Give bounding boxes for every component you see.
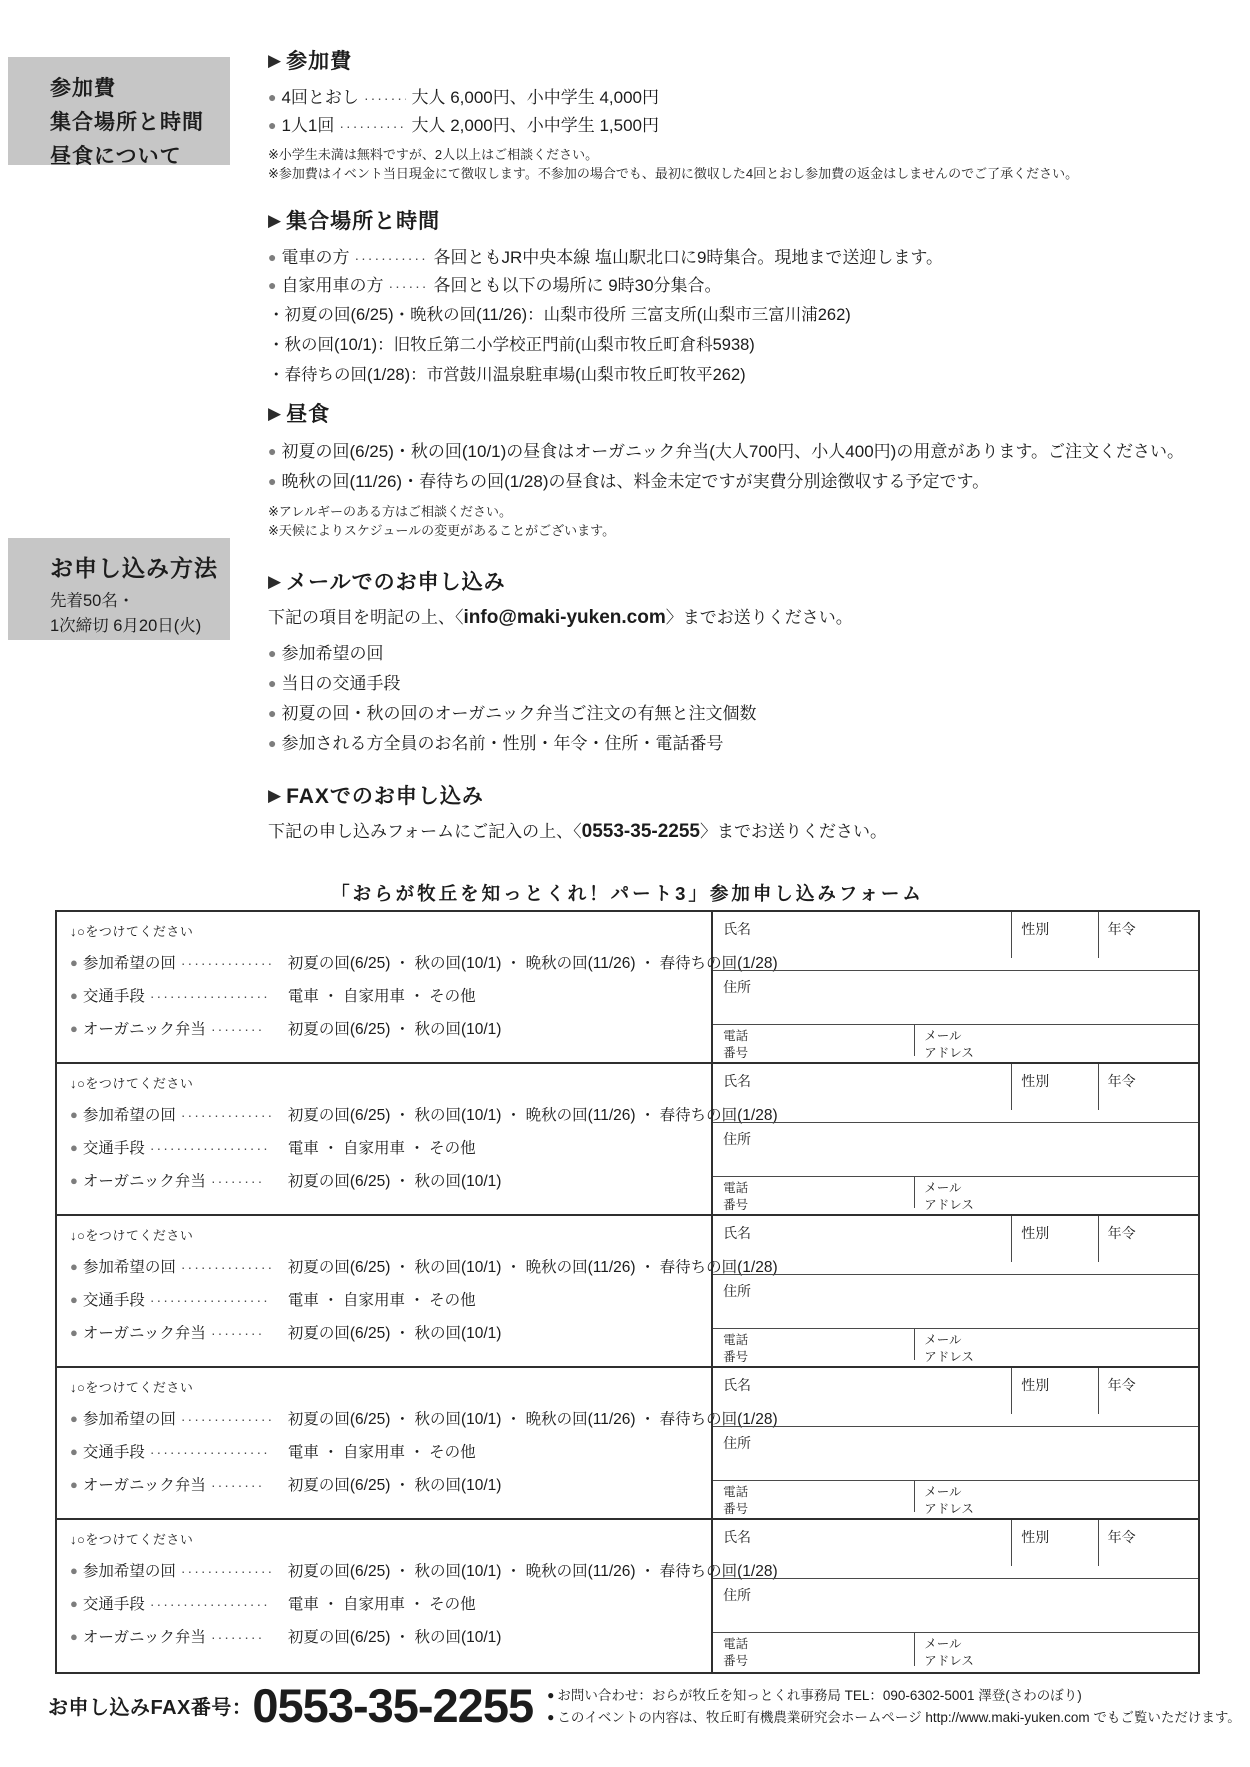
sex-field[interactable]: 性別 [1011,912,1097,970]
bullet-icon: ● [70,1292,78,1307]
wishes-options: 初夏の回(6/25) ・ 秋の回(10/1) ・ 晩秋の回(11/26) ・ 春… [288,1103,778,1125]
transport-options: 電車 ・ 自家用車 ・ その他 [288,1288,476,1310]
mail-field[interactable]: メールアドレス [914,1025,1198,1062]
form-left-cell: ↓○をつけてください ● 参加希望の回·············· 初夏の回(6… [57,1064,713,1214]
form-left-cell: ↓○をつけてください ● 参加希望の回·············· 初夏の回(6… [57,1368,713,1518]
mail-item-2: ● 当日の交通手段 [268,669,1208,699]
lunch-item-1: ● 初夏の回(6/25)・秋の回(10/1)の昼食はオーガニック弁当(大人700… [268,437,1208,467]
bullet-icon: ● [70,1629,78,1644]
age-field[interactable]: 年令 [1098,1216,1198,1274]
footer-fax-label: お申し込みFAX番号： [48,1691,252,1720]
transport-label: 交通手段 [83,1592,145,1614]
bullet-icon: ● [70,955,78,970]
leader-dots: ·············· [181,1411,283,1427]
mark-instruction: ↓○をつけてください [70,1073,705,1092]
mail-label-top: メール [924,1029,961,1043]
form-row-transport: ● 交通手段·················· 電車 ・ 自家用車 ・ その他 [70,1136,705,1158]
form-row-bento: ● オーガニック弁当········ 初夏の回(6/25) ・ 秋の回(10/1… [70,1321,705,1343]
footer-fax-number: 0553-35-2255 [252,1682,533,1729]
mail-field[interactable]: メールアドレス [914,1633,1198,1672]
fee-heading: ▶ 参加費 [268,45,1208,75]
meeting-location-1: ・初夏の回(6/25)・晩秋の回(11/26)：山梨市役所 三富支所(山梨市三富… [268,300,1208,330]
form-left-cell: ↓○をつけてください ● 参加希望の回·············· 初夏の回(6… [57,1216,713,1366]
meeting-item-1-label: 電車の方 [281,244,349,272]
fee-item-2-label: 1人1回 [281,112,334,140]
leader-dots: ·············· [181,1259,283,1275]
footer-contact-line: ● お問い合わせ：おらが牧丘を知っとくれ事務局 TEL：090-6302-500… [547,1685,1241,1707]
lunch-heading: ▶ 昼食 [268,398,1208,428]
triangle-icon: ▶ [268,405,281,422]
phone-field[interactable]: 電話番号 [713,1329,914,1366]
mail-item-1: ● 参加希望の回 [268,639,1208,669]
mail-label-top: メール [924,1637,961,1651]
name-field[interactable]: 氏名 [713,912,1011,970]
fax-intro-before: 下記の申し込みフォームにご記入の上、〈 [268,822,582,841]
bullet-icon: ● [70,1259,78,1274]
bullet-icon: ● [268,243,276,271]
mail-label-bottom: アドレス [924,1350,974,1364]
apply-method-title: お申し込み方法 [50,550,220,583]
transport-options: 電車 ・ 自家用車 ・ その他 [288,1440,476,1462]
form-block-3: ↓○をつけてください ● 参加希望の回·············· 初夏の回(6… [57,1216,1198,1368]
phone-label-bottom: 番号 [723,1502,748,1516]
leader-dots: ·············· [181,1107,283,1123]
fax-apply-heading-text: FAXでのお申し込み [286,780,484,810]
email-address: info@maki-yuken.com [464,607,666,628]
leader-dots: ·················· [150,1140,283,1156]
form-right-cell: 氏名 性別 年令 住所 電話番号 メールアドレス [713,1064,1198,1214]
form-row-bento: ● オーガニック弁当········ 初夏の回(6/25) ・ 秋の回(10/1… [70,1017,705,1039]
mail-label-bottom: アドレス [924,1654,974,1668]
bullet-icon: ● [268,729,276,758]
bullet-icon: ● [70,1477,78,1492]
sex-field[interactable]: 性別 [1011,1520,1097,1578]
wishes-label: 参加希望の回 [83,1103,176,1125]
form-right-cell: 氏名 性別 年令 住所 電話番号 メールアドレス [713,1520,1198,1672]
form-row-bento: ● オーガニック弁当········ 初夏の回(6/25) ・ 秋の回(10/1… [70,1625,705,1647]
age-field[interactable]: 年令 [1098,1520,1198,1578]
mark-instruction: ↓○をつけてください [70,1377,705,1396]
bullet-icon: ● [547,1684,554,1706]
fax-number-inline: 0553-35-2255 [582,821,700,842]
form-row-wishes: ● 参加希望の回·············· 初夏の回(6/25) ・ 秋の回(… [70,1255,705,1277]
bento-label: オーガニック弁当 [83,1321,206,1343]
mail-label-bottom: アドレス [924,1046,974,1060]
bento-label: オーガニック弁当 [83,1169,206,1191]
footer-website-line: ● このイベントの内容は、牧丘町有機農業研究会ホームページ http://www… [547,1707,1241,1729]
section-fax-apply: ▶ FAXでのお申し込み 下記の申し込みフォームにご記入の上、〈0553-35-… [268,780,1208,853]
bento-options: 初夏の回(6/25) ・ 秋の回(10/1) [288,1017,502,1039]
phone-label-top: 電話 [723,1181,748,1195]
mail-item-3-text: 初夏の回・秋の回のオーガニック弁当ご注文の有無と注文個数 [281,699,756,728]
mail-label-bottom: アドレス [924,1502,974,1516]
mark-instruction: ↓○をつけてください [70,921,705,940]
fax-apply-heading: ▶ FAXでのお申し込み [268,780,1208,810]
mail-field[interactable]: メールアドレス [914,1177,1198,1214]
wishes-label: 参加希望の回 [83,1407,176,1429]
leader-dots: ····················· [364,84,407,112]
triangle-icon: ▶ [268,212,281,229]
lunch-note-2: ※天候によりスケジュールの変更があることがございます。 [268,521,1208,540]
leader-dots: ·················· [150,1444,283,1460]
mark-instruction: ↓○をつけてください [70,1529,705,1548]
age-field[interactable]: 年令 [1098,1064,1198,1122]
form-right-cell: 氏名 性別 年令 住所 電話番号 メールアドレス [713,1368,1198,1518]
leader-dots: ·············· [181,1563,283,1579]
bento-options: 初夏の回(6/25) ・ 秋の回(10/1) [288,1321,502,1343]
mail-item-2-text: 当日の交通手段 [281,669,400,698]
meeting-location-2: ・秋の回(10/1)：旧牧丘第二小学校正門前(山梨市牧丘町倉科5938) [268,330,1208,360]
bullet-icon: ● [547,1706,554,1728]
mail-item-3: ● 初夏の回・秋の回のオーガニック弁当ご注文の有無と注文個数 [268,699,1208,729]
sex-field[interactable]: 性別 [1011,1368,1097,1426]
form-row-wishes: ● 参加希望の回·············· 初夏の回(6/25) ・ 秋の回(… [70,1103,705,1125]
form-row-bento: ● オーガニック弁当········ 初夏の回(6/25) ・ 秋の回(10/1… [70,1473,705,1495]
lunch-note-1: ※アレルギーのある方はご相談ください。 [268,502,1208,521]
fee-item-1-value: 大人 6,000円、小中学生 4,000円 [411,84,659,112]
leader-dots: ·················· [150,1292,283,1308]
section-fee: ▶ 参加費 ● 4回とおし ····················· 大人 6… [268,45,1208,183]
phone-label-top: 電話 [723,1333,748,1347]
mail-field[interactable]: メールアドレス [914,1329,1198,1366]
triangle-icon: ▶ [268,573,281,590]
apply-capacity: 先着50名・ [50,589,220,614]
application-form-table: ↓○をつけてください ● 参加希望の回·············· 初夏の回(6… [55,910,1200,1674]
form-block-4: ↓○をつけてください ● 参加希望の回·············· 初夏の回(6… [57,1368,1198,1520]
sex-field[interactable]: 性別 [1011,1216,1097,1274]
fee-item-1-label: 4回とおし [281,84,358,112]
phone-label-bottom: 番号 [723,1654,748,1668]
bullet-icon: ● [268,437,276,466]
section-lunch: ▶ 昼食 ● 初夏の回(6/25)・秋の回(10/1)の昼食はオーガニック弁当(… [268,398,1208,540]
bullet-icon: ● [268,271,276,299]
bullet-icon: ● [70,1596,78,1611]
mark-instruction: ↓○をつけてください [70,1225,705,1244]
leader-dots: ········ [211,1021,283,1037]
form-right-cell: 氏名 性別 年令 住所 電話番号 メールアドレス [713,1216,1198,1366]
leader-dots: ····················· [354,244,428,272]
transport-options: 電車 ・ 自家用車 ・ その他 [288,984,476,1006]
bullet-icon: ● [268,669,276,698]
fax-intro-after: 〉までお送りください。 [700,822,887,841]
leader-dots: ········ [211,1325,283,1341]
phone-label-bottom: 番号 [723,1046,748,1060]
bullet-icon: ● [70,1325,78,1340]
wishes-label: 参加希望の回 [83,1559,176,1581]
footer-website-text: このイベントの内容は、牧丘町有機農業研究会ホームページ http://www.m… [557,1707,1240,1729]
transport-label: 交通手段 [83,1288,145,1310]
mail-label-top: メール [924,1485,961,1499]
bento-label: オーガニック弁当 [83,1625,206,1647]
meeting-item-1: ● 電車の方 ····················· 各回ともJR中央本線 … [268,244,1208,272]
meeting-item-2-value: 各回とも以下の場所に 9時30分集合。 [433,272,721,300]
leader-dots: ····················· [339,112,406,140]
meeting-heading-text: 集合場所と時間 [286,205,440,235]
triangle-icon: ▶ [268,787,281,804]
bullet-icon: ● [70,1173,78,1188]
name-field[interactable]: 氏名 [713,1368,1011,1426]
leader-dots: ·················· [150,1596,283,1612]
phone-label-bottom: 番号 [723,1350,748,1364]
leader-dots: ·················· [150,988,283,1004]
bullet-icon: ● [268,639,276,668]
bullet-icon: ● [70,1021,78,1036]
phone-label-top: 電話 [723,1637,748,1651]
bento-options: 初夏の回(6/25) ・ 秋の回(10/1) [288,1625,502,1647]
fax-apply-intro: 下記の申し込みフォームにご記入の上、〈0553-35-2255〉までお送りくださ… [268,819,1208,845]
fee-note-1: ※小学生未満は無料ですが、2人以上はご相談ください。 [268,145,1208,164]
bullet-icon: ● [70,1444,78,1459]
form-row-transport: ● 交通手段·················· 電車 ・ 自家用車 ・ その他 [70,1440,705,1462]
bullet-icon: ● [70,1411,78,1426]
leader-dots: ·············· [181,955,283,971]
mail-apply-intro: 下記の項目を明記の上、〈info@maki-yuken.com〉までお送りくださ… [268,605,1208,631]
lunch-item-1-text: 初夏の回(6/25)・秋の回(10/1)の昼食はオーガニック弁当(大人700円、… [281,437,1184,466]
bullet-icon: ● [268,467,276,496]
wishes-options: 初夏の回(6/25) ・ 秋の回(10/1) ・ 晩秋の回(11/26) ・ 春… [288,1407,778,1429]
fee-heading-text: 参加費 [286,45,352,75]
meeting-item-2: ● 自家用車の方 ····················· 各回とも以下の場所… [268,272,1208,300]
topics-line-2: 集合場所と時間 [50,106,220,140]
bento-options: 初夏の回(6/25) ・ 秋の回(10/1) [288,1169,502,1191]
footer: お申し込みFAX番号： 0553-35-2255 ● お問い合わせ：おらが牧丘を… [48,1682,1218,1729]
bullet-icon: ● [268,699,276,728]
form-block-2: ↓○をつけてください ● 参加希望の回·············· 初夏の回(6… [57,1064,1198,1216]
wishes-options: 初夏の回(6/25) ・ 秋の回(10/1) ・ 晩秋の回(11/26) ・ 春… [288,1255,778,1277]
bento-label: オーガニック弁当 [83,1017,206,1039]
transport-label: 交通手段 [83,1136,145,1158]
meeting-item-2-label: 自家用車の方 [281,272,383,300]
fee-item-2: ● 1人1回 ····················· 大人 2,000円、小… [268,112,1208,140]
topics-box: 参加費 集合場所と時間 昼食について [8,57,230,165]
address-field[interactable]: 住所 [713,1578,1198,1632]
lunch-heading-text: 昼食 [286,398,330,428]
mail-label-top: メール [924,1181,961,1195]
mail-apply-heading: ▶ メールでのお申し込み [268,566,1208,596]
apply-deadline: 1次締切 6月20日(火) [50,614,220,639]
form-block-5: ↓○をつけてください ● 参加希望の回·············· 初夏の回(6… [57,1520,1198,1672]
topics-line-1: 参加費 [50,72,220,106]
age-field[interactable]: 年令 [1098,1368,1198,1426]
mail-item-4-text: 参加される方全員のお名前・性別・年令・住所・電話番号 [281,729,723,758]
section-meeting: ▶ 集合場所と時間 ● 電車の方 ····················· 各… [268,205,1208,390]
address-field[interactable]: 住所 [713,1122,1198,1176]
transport-label: 交通手段 [83,1440,145,1462]
lunch-item-2-text: 晩秋の回(11/26)・春待ちの回(1/28)の昼食は、料金未定ですが実費分別途… [281,467,989,496]
footer-contact-text: お問い合わせ：おらが牧丘を知っとくれ事務局 TEL：090-6302-5001 … [557,1685,1081,1707]
name-field[interactable]: 氏名 [713,1216,1011,1274]
fee-item-1: ● 4回とおし ····················· 大人 6,000円、… [268,84,1208,112]
form-row-transport: ● 交通手段·················· 電車 ・ 自家用車 ・ その他 [70,984,705,1006]
phone-field[interactable]: 電話番号 [713,1177,914,1214]
leader-dots: ········ [211,1629,283,1645]
leader-dots: ········ [211,1173,283,1189]
form-row-transport: ● 交通手段·················· 電車 ・ 自家用車 ・ その他 [70,1288,705,1310]
apply-method-box: お申し込み方法 先着50名・ 1次締切 6月20日(火) [8,538,230,640]
form-left-cell: ↓○をつけてください ● 参加希望の回·············· 初夏の回(6… [57,1520,713,1672]
bullet-icon: ● [70,1563,78,1578]
bento-options: 初夏の回(6/25) ・ 秋の回(10/1) [288,1473,502,1495]
wishes-options: 初夏の回(6/25) ・ 秋の回(10/1) ・ 晩秋の回(11/26) ・ 春… [288,1559,778,1581]
mail-apply-heading-text: メールでのお申し込み [286,566,506,596]
mail-label-bottom: アドレス [924,1198,974,1212]
form-row-wishes: ● 参加希望の回·············· 初夏の回(6/25) ・ 秋の回(… [70,1559,705,1581]
leader-dots: ····················· [388,272,428,300]
form-left-cell: ↓○をつけてください ● 参加希望の回·············· 初夏の回(6… [57,912,713,1062]
leader-dots: ········ [211,1477,283,1493]
lunch-item-2: ● 晩秋の回(11/26)・春待ちの回(1/28)の昼食は、料金未定ですが実費分… [268,467,1208,497]
form-row-wishes: ● 参加希望の回·············· 初夏の回(6/25) ・ 秋の回(… [70,1407,705,1429]
name-field[interactable]: 氏名 [713,1520,1011,1578]
bullet-icon: ● [70,1140,78,1155]
sex-field[interactable]: 性別 [1011,1064,1097,1122]
mail-intro-before: 下記の項目を明記の上、〈 [268,608,464,627]
mail-item-4: ● 参加される方全員のお名前・性別・年令・住所・電話番号 [268,729,1208,759]
phone-field[interactable]: 電話番号 [713,1025,914,1062]
form-row-transport: ● 交通手段·················· 電車 ・ 自家用車 ・ その他 [70,1592,705,1614]
phone-label-bottom: 番号 [723,1198,748,1212]
transport-label: 交通手段 [83,984,145,1006]
age-field[interactable]: 年令 [1098,912,1198,970]
fee-item-2-value: 大人 2,000円、小中学生 1,500円 [411,112,659,140]
form-right-cell: 氏名 性別 年令 住所 電話番号 メールアドレス [713,912,1198,1062]
triangle-icon: ▶ [268,52,281,69]
bento-label: オーガニック弁当 [83,1473,206,1495]
wishes-label: 参加希望の回 [83,1255,176,1277]
name-field[interactable]: 氏名 [713,1064,1011,1122]
phone-label-top: 電話 [723,1485,748,1499]
meeting-item-1-value: 各回ともJR中央本線 塩山駅北口に9時集合。現地まで送迎します。 [433,244,943,272]
wishes-label: 参加希望の回 [83,951,176,973]
mail-field[interactable]: メールアドレス [914,1481,1198,1518]
form-row-wishes: ● 参加希望の回·············· 初夏の回(6/25) ・ 秋の回(… [70,951,705,973]
form-block-1: ↓○をつけてください ● 参加希望の回·············· 初夏の回(6… [57,912,1198,1064]
address-field[interactable]: 住所 [713,970,1198,1024]
bullet-icon: ● [268,111,276,139]
form-title: 「おらが牧丘を知っとくれ！パート3」参加申し込みフォーム [55,880,1200,906]
bullet-icon: ● [268,83,276,111]
form-row-bento: ● オーガニック弁当········ 初夏の回(6/25) ・ 秋の回(10/1… [70,1169,705,1191]
bullet-icon: ● [70,988,78,1003]
section-mail-apply: ▶ メールでのお申し込み 下記の項目を明記の上、〈info@maki-yuken… [268,566,1208,759]
phone-field[interactable]: 電話番号 [713,1633,914,1672]
transport-options: 電車 ・ 自家用車 ・ その他 [288,1136,476,1158]
mail-intro-after: 〉までお送りください。 [666,608,853,627]
address-field[interactable]: 住所 [713,1274,1198,1328]
meeting-heading: ▶ 集合場所と時間 [268,205,1208,235]
transport-options: 電車 ・ 自家用車 ・ その他 [288,1592,476,1614]
wishes-options: 初夏の回(6/25) ・ 秋の回(10/1) ・ 晩秋の回(11/26) ・ 春… [288,951,778,973]
bullet-icon: ● [70,1107,78,1122]
phone-field[interactable]: 電話番号 [713,1481,914,1518]
fee-note-2: ※参加費はイベント当日現金にて徴収します。不参加の場合でも、最初に徴収した4回と… [268,164,1208,183]
meeting-location-3: ・春待ちの回(1/28)：市営鼓川温泉駐車場(山梨市牧丘町牧平262) [268,360,1208,390]
mail-label-top: メール [924,1333,961,1347]
topics-line-3: 昼食について [50,140,220,174]
mail-item-1-text: 参加希望の回 [281,639,383,668]
phone-label-top: 電話 [723,1029,748,1043]
address-field[interactable]: 住所 [713,1426,1198,1480]
